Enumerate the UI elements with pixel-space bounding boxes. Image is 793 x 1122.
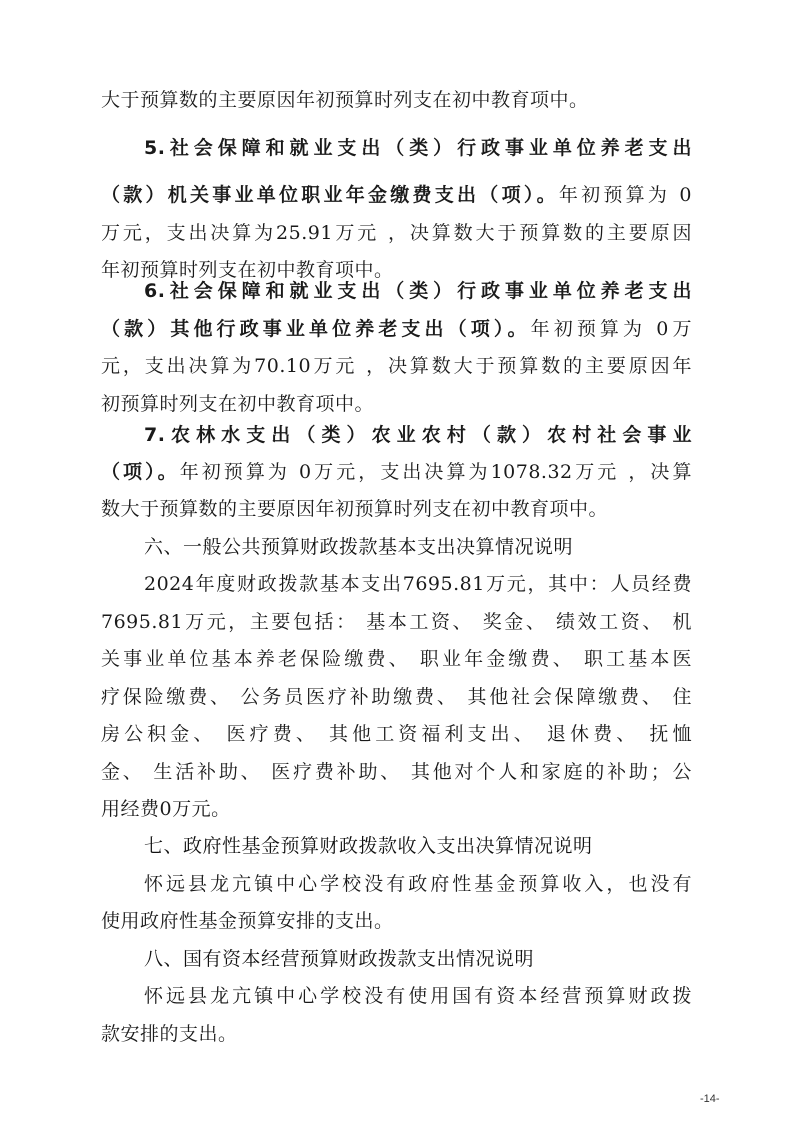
section-8-line-1: 怀远县龙亢镇中心学校没有使用国有资本经营预算财政拨 (144, 977, 692, 1015)
section-6-line-2: 7695.81万元，主要包括： 基本工资、 奖金、 绩效工资、 机 (101, 603, 692, 641)
item-6-title-cont: （款）其他行政事业单位养老支出（项）。 (101, 318, 531, 340)
item-7-line-3: 数大于预算数的主要原因年初预算时列支在初中教育项中。 (101, 490, 692, 528)
item-6-budget: 年初预算为 0万 (531, 318, 692, 340)
section-6-line-6: 金、 生活补助、 医疗费补助、 其他对个人和家庭的补助；公 (101, 753, 692, 791)
section-6-line-3: 关事业单位基本养老保险缴费、 职业年金缴费、 职工基本医 (101, 640, 692, 678)
item-7-line-2: （项）。年初预算为 0万元，支出决算为1078.32万元 ，决算 (101, 453, 692, 491)
item-5-line-2: （款）机关事业单位职业年金缴费支出（项）。年初预算为 0 (101, 176, 692, 214)
page-number: -14- (700, 1093, 720, 1105)
section-7-line-2: 使用政府性基金预算安排的支出。 (101, 902, 692, 940)
section-6-heading: 六、一般公共预算财政拨款基本支出决算情况说明 (144, 528, 692, 566)
item-5-line-3: 万元，支出决算为25.91万元 ，决算数大于预算数的主要原因 (101, 214, 692, 252)
section-7-heading: 七、政府性基金预算财政拨款收入支出决算情况说明 (144, 827, 692, 865)
item-5-budget: 年初预算为 0 (559, 184, 692, 206)
section-8-heading: 八、国有资本经营预算财政拨款支出情况说明 (144, 940, 692, 978)
item-5-title-cont: （款）机关事业单位职业年金缴费支出（项）。 (101, 184, 559, 206)
section-7-line-1: 怀远县龙亢镇中心学校没有政府性基金预算收入，也没有 (144, 865, 692, 903)
item-6-line-3: 元，支出决算为70.10万元 ，决算数大于预算数的主要原因年 (101, 347, 692, 385)
item-7-budget: 年初预算为 0万元，支出决算为1078.32万元 ，决算 (180, 461, 692, 483)
section-6-line-1: 2024年度财政拨款基本支出7695.81万元，其中：人员经费 (144, 565, 692, 603)
document-page: 大于预算数的主要原因年初预算时列支在初中教育项中。 5.社会保障和就业支出（类）… (0, 0, 793, 1122)
section-6-line-7: 用经费0万元。 (101, 790, 692, 828)
section-6-line-5: 房公积金、 医疗费、 其他工资福利支出、 退休费、 抚恤 (101, 715, 692, 753)
item-6-title: 6.社会保障和就业支出（类）行政事业单位养老支出 (144, 272, 692, 310)
item-7-title-cont: （项）。 (101, 461, 180, 483)
paragraph-line: 大于预算数的主要原因年初预算时列支在初中教育项中。 (101, 81, 692, 119)
item-7-title: 7.农林水支出（类）农业农村（款）农村社会事业 (144, 416, 692, 454)
item-6-line-2: （款）其他行政事业单位养老支出（项）。年初预算为 0万 (101, 310, 692, 348)
section-8-line-2: 款安排的支出。 (101, 1015, 692, 1053)
item-5-title: 5.社会保障和就业支出（类）行政事业单位养老支出 (144, 129, 692, 167)
section-6-line-4: 疗保险缴费、 公务员医疗补助缴费、 其他社会保障缴费、 住 (101, 678, 692, 716)
